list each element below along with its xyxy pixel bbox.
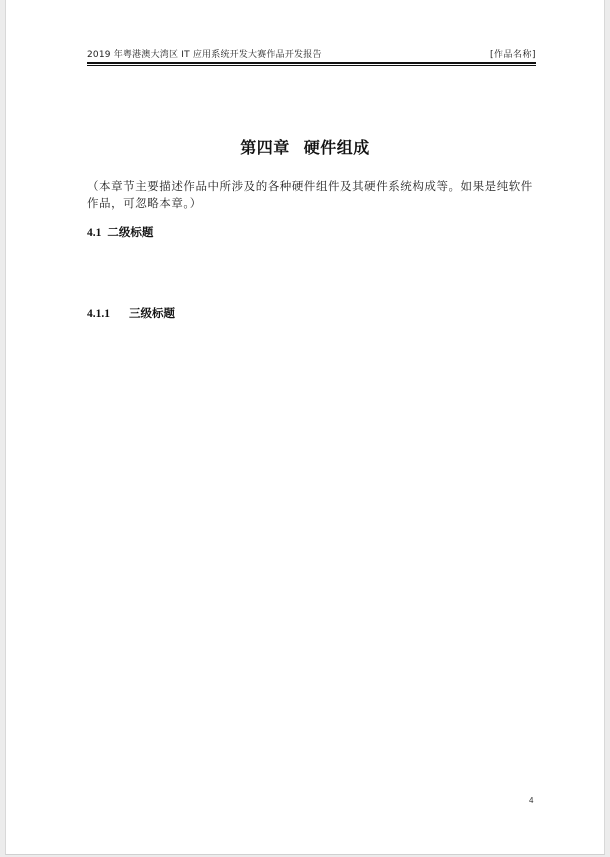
section-heading-level3: 4.1.1三级标题: [87, 305, 175, 321]
document-page: 2019 年粤港澳大湾区 IT 应用系统开发大赛作品开发报告 [作品名称] 第四…: [5, 0, 605, 855]
section-number: 4.1: [87, 227, 101, 239]
header-rule-thin: [87, 65, 536, 66]
chapter-title: 第四章硬件组成: [6, 135, 604, 158]
header-rule-thick: [87, 62, 536, 64]
section-heading-level2: 4.1二级标题: [87, 224, 153, 240]
page-header: 2019 年粤港澳大湾区 IT 应用系统开发大赛作品开发报告 [作品名称]: [87, 47, 536, 61]
chapter-number: 第四章: [240, 138, 290, 157]
subsection-title: 三级标题: [129, 306, 175, 320]
chapter-intro-paragraph: （本章节主要描述作品中所涉及的各种硬件组件及其硬件系统构成等。如果是纯软件作品，…: [87, 178, 539, 212]
subsection-number: 4.1.1: [87, 308, 129, 320]
header-report-title: 2019 年粤港澳大湾区 IT 应用系统开发大赛作品开发报告: [87, 47, 322, 60]
page-number: 4: [529, 796, 533, 805]
section-title: 二级标题: [107, 225, 153, 239]
chapter-name: 硬件组成: [304, 138, 370, 157]
header-work-name: [作品名称]: [490, 47, 536, 60]
